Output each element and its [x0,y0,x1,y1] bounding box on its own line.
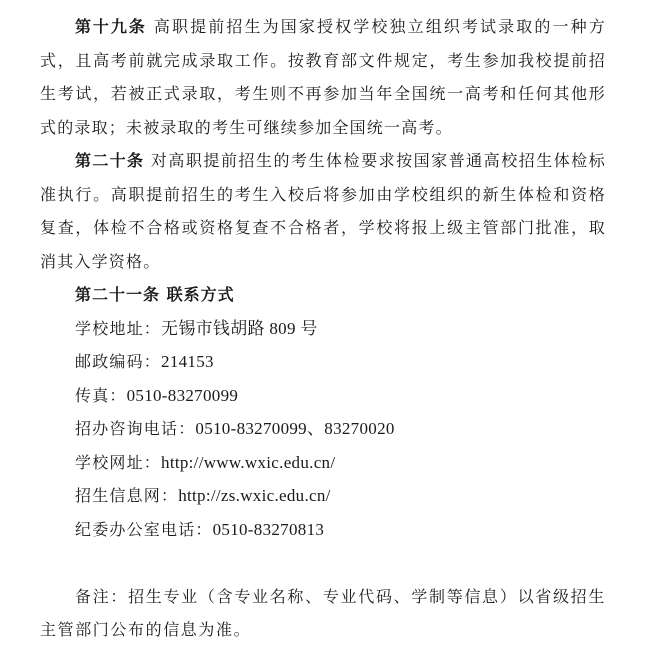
spacer [40,546,606,580]
article-19: 第十九条 高职提前招生为国家授权学校独立组织考试录取的一种方式，且高考前就完成录… [40,10,606,144]
note: 备注：招生专业（含专业名称、专业代码、学制等信息）以省级招生主管部门公布的信息为… [40,580,606,647]
article-20-title: 第二十条 [75,151,144,170]
contact-school-website: 学校网址：http://www.wxic.edu.cn/ [40,446,606,480]
contact-fax: 传真：0510-83270099 [40,379,606,413]
contact-list: 学校地址：无锡市钱胡路 809 号 邮政编码：214153 传真：0510-83… [40,312,606,547]
contact-admissions-website: 招生信息网：http://zs.wxic.edu.cn/ [40,479,606,513]
contact-admissions-phone: 招办咨询电话：0510-83270099、83270020 [40,412,606,446]
contact-address: 学校地址：无锡市钱胡路 809 号 [40,312,606,346]
contact-postcode: 邮政编码：214153 [40,345,606,379]
article-20: 第二十条 对高职提前招生的考生体检要求按国家普通高校招生体检标准执行。高职提前招… [40,144,606,278]
article-21-heading: 第二十一条 联系方式 [40,278,606,312]
document-page: 第十九条 高职提前招生为国家授权学校独立组织考试录取的一种方式，且高考前就完成录… [40,10,606,647]
admissions-website-link[interactable]: http://zs.wxic.edu.cn/ [178,486,331,505]
article-19-title: 第十九条 [75,17,147,36]
school-website-link[interactable]: http://www.wxic.edu.cn/ [161,453,335,472]
contact-discipline-office-phone: 纪委办公室电话：0510-83270813 [40,513,606,547]
